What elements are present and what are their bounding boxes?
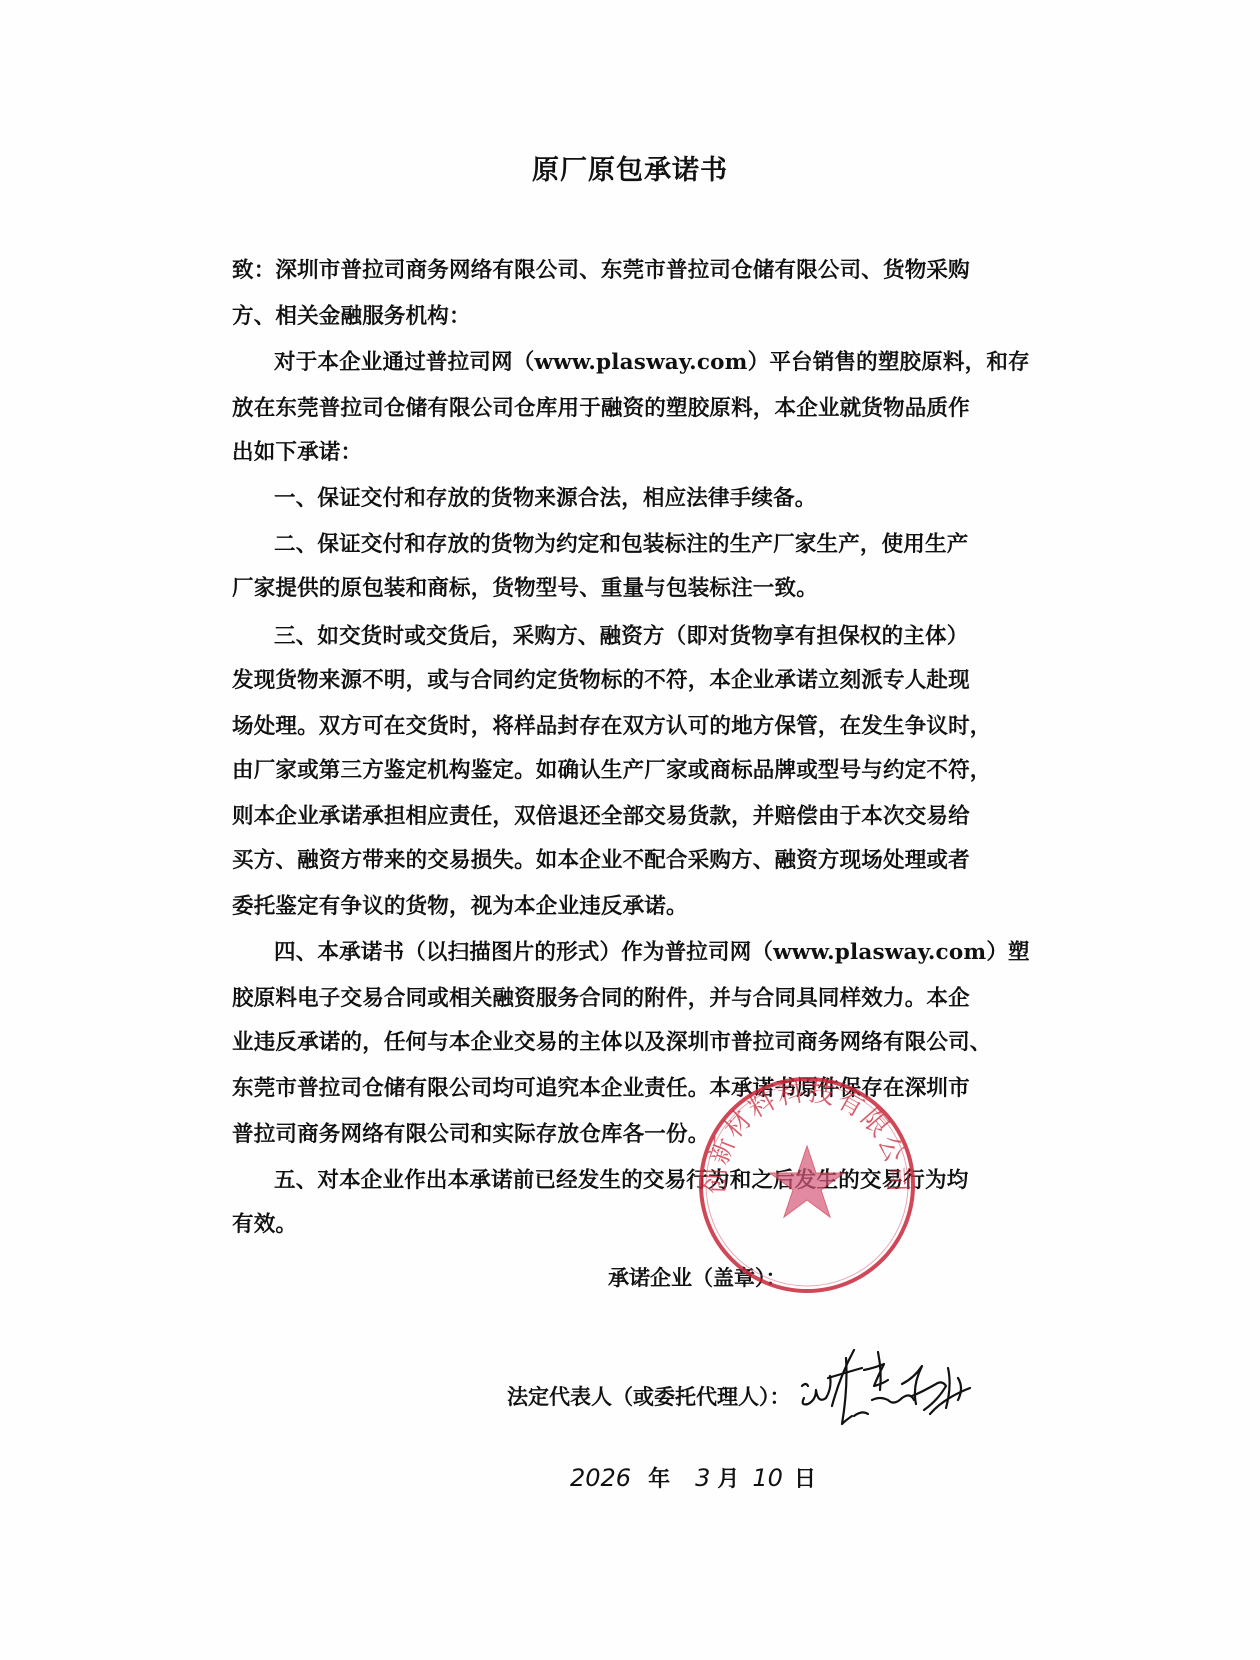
company-stamp-icon: 创新材料科技有限公司 xyxy=(696,1074,918,1296)
clause-5-line: 有效。 xyxy=(232,1210,297,1240)
clause-3-line: 则本企业承诺承担相应责任，双倍退还全部交易货款，并赔偿由于本次交易给 xyxy=(232,802,970,832)
date-month-suffix: 月 xyxy=(717,1466,739,1492)
signing-date: 2026 年 3 月 10 日 xyxy=(570,1462,816,1493)
clause-4-line: 普拉司商务网络有限公司和实际存放仓库各一份。 xyxy=(232,1120,709,1150)
clause-2-line: 厂家提供的原包装和商标，货物型号、重量与包装标注一致。 xyxy=(232,574,818,604)
intro-line: 放在东莞普拉司仓储有限公司仓库用于融资的塑胶原料，本企业就货物品质作 xyxy=(232,394,970,424)
addressee-line: 致：深圳市普拉司商务网络有限公司、东莞市普拉司仓储有限公司、货物采购 xyxy=(232,256,970,286)
date-year: 2026 xyxy=(570,1464,631,1492)
clause-3-line: 委托鉴定有争议的货物，视为本企业违反承诺。 xyxy=(232,892,688,922)
clause-3-line: 由厂家或第三方鉴定机构鉴定。如确认生产厂家或商标品牌或型号与约定不符， xyxy=(232,756,992,786)
clause-4-line: 胶原料电子交易合同或相关融资服务合同的附件，并与合同具同样效力。本企 xyxy=(232,984,970,1014)
clause-3-line: 发现货物来源不明，或与合同约定货物标的不符，本企业承诺立刻派专人赴现 xyxy=(232,666,970,696)
date-day-suffix: 日 xyxy=(794,1466,816,1492)
document-title: 原厂原包承诺书 xyxy=(0,148,1260,187)
date-day: 10 xyxy=(752,1464,783,1492)
intro-line: 对于本企业通过普拉司网（www.plasway.com）平台销售的塑胶原料，和存 xyxy=(274,348,1030,378)
clause-1-line: 一、保证交付和存放的货物来源合法，相应法律手续备。 xyxy=(274,484,817,514)
clause-3-line: 买方、融资方带来的交易损失。如本企业不配合采购方、融资方现场处理或者 xyxy=(232,846,970,876)
addressee-line: 方、相关金融服务机构： xyxy=(232,302,471,332)
clause-2-line: 二、保证交付和存放的货物为约定和包装标注的生产厂家生产，使用生产 xyxy=(274,530,968,560)
date-month: 3 xyxy=(695,1464,710,1492)
clause-3-line: 场处理。双方可在交货时，将样品封存在双方认可的地方保管，在发生争议时， xyxy=(232,712,992,742)
clause-4-line: 业违反承诺的，任何与本企业交易的主体以及深圳市普拉司商务网络有限公司、 xyxy=(232,1028,992,1058)
handwritten-signature-icon xyxy=(798,1338,978,1433)
document-page: 原厂原包承诺书 致：深圳市普拉司商务网络有限公司、东莞市普拉司仓储有限公司、货物… xyxy=(0,0,1260,1660)
clause-3-line: 三、如交货时或交货后，采购方、融资方（即对货物享有担保权的主体） xyxy=(274,622,968,652)
intro-line: 出如下承诺： xyxy=(232,438,362,468)
date-year-suffix: 年 xyxy=(648,1466,670,1492)
representative-label: 法定代表人（或委托代理人）： xyxy=(507,1381,791,1411)
clause-4-line: 四、本承诺书（以扫描图片的形式）作为普拉司网（www.plasway.com）塑 xyxy=(274,938,1030,968)
